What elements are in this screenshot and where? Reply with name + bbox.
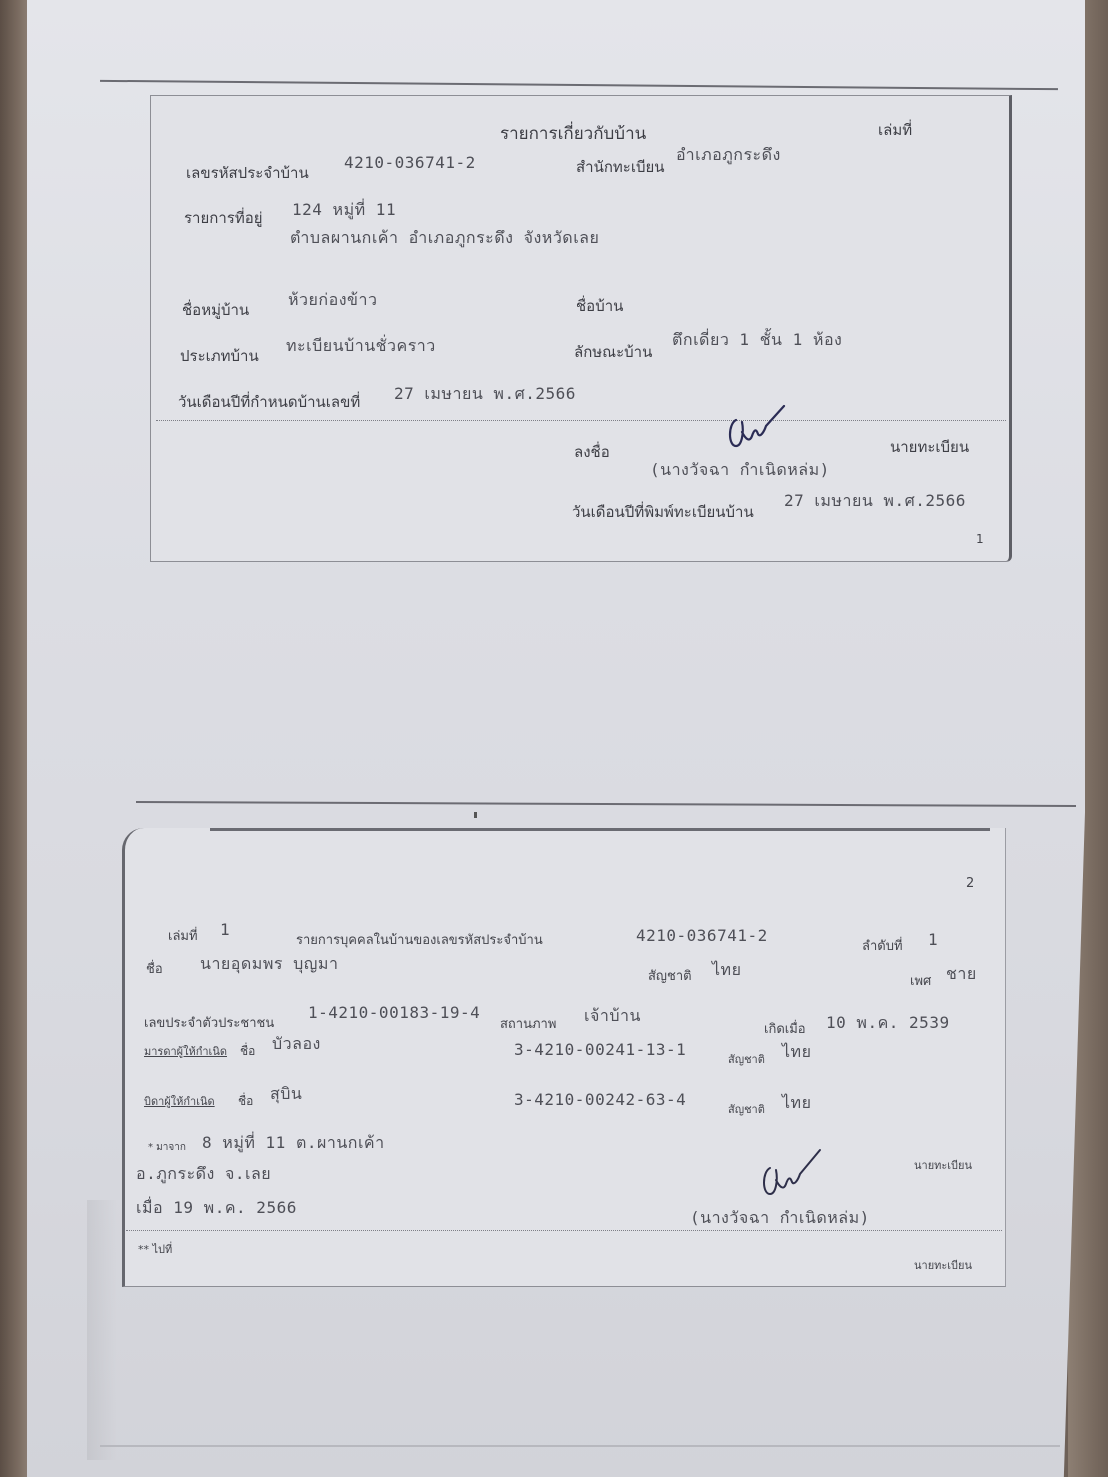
registry-office-value: อำเภอภูกระดึง: [676, 143, 781, 168]
house-type-label: ประเภทบ้าน: [180, 344, 259, 368]
id-label: เลขประจำตัวประชาชน: [144, 1012, 274, 1033]
father-nationality-value: ไทย: [782, 1091, 811, 1116]
father-label: บิดาผู้ให้กำเนิด: [144, 1092, 215, 1110]
wood-surface-left: [0, 0, 30, 1477]
mother-id-value: 3-4210-00241-13-1: [514, 1040, 686, 1059]
registrar-title-1: นายทะเบียน: [890, 435, 969, 459]
registrar-signature-2: [756, 1146, 828, 1200]
mother-label: มารดาผู้ให้กำเนิด: [144, 1042, 227, 1060]
registrar-name-1: (นางวัจฉา กำเนิดหล่ม): [650, 458, 830, 483]
address-line2: ตำบลผานกเค้า อำเภอภูกระดึง จังหวัดเลย: [290, 226, 599, 251]
village-value: ห้วยก่องข้าว: [288, 288, 377, 313]
moved-to-label: ** ไปที่: [138, 1240, 172, 1258]
person-name-label: ชื่อ: [146, 958, 163, 979]
registrar-title-3: นายทะเบียน: [914, 1256, 972, 1274]
page1-book-label: เล่มที่: [878, 118, 912, 142]
page1-dotted-divider: [156, 420, 1006, 421]
page2-house-code: 4210-036741-2: [636, 926, 768, 945]
order-label: ลำดับที่: [862, 935, 903, 956]
persons-title: รายการบุคคลในบ้านของเลขรหัสประจำบ้าน: [296, 929, 543, 950]
father-name-value: สุบิน: [270, 1082, 302, 1107]
assigned-date-label: วันเดือนปีที่กำหนดบ้านเลขที่: [178, 390, 360, 414]
moved-from-label: * มาจาก: [148, 1140, 186, 1155]
page1-title: รายการเกี่ยวกับบ้าน: [500, 120, 646, 147]
village-label: ชื่อหมู่บ้าน: [182, 298, 249, 322]
sex-label: เพศ: [910, 970, 931, 991]
father-name-label: ชื่อ: [238, 1092, 253, 1111]
sign-label: ลงชื่อ: [574, 440, 610, 464]
moved-from-line1: 8 หมู่ที่ 11 ต.ผานกเค้า: [202, 1131, 385, 1156]
moved-from-line2: อ.ภูกระดึง จ.เลย: [136, 1162, 271, 1187]
mother-nationality-label: สัญชาติ: [728, 1050, 765, 1068]
registry-office-label: สำนักทะเบียน: [576, 155, 665, 179]
house-style-label: ลักษณะบ้าน: [574, 340, 652, 364]
registrar-title-2: นายทะเบียน: [914, 1156, 972, 1174]
born-label: เกิดเมื่อ: [764, 1018, 806, 1039]
address-label: รายการที่อยู่: [184, 206, 263, 230]
paper-fold-shadow: [87, 1200, 117, 1460]
house-type-value: ทะเบียนบ้านชั่วคราว: [286, 334, 436, 359]
status-value: เจ้าบ้าน: [584, 1004, 641, 1029]
born-value: 10 พ.ค. 2539: [826, 1011, 950, 1036]
ink-mark: [474, 812, 477, 818]
status-label: สถานภาพ: [500, 1013, 556, 1034]
father-id-value: 3-4210-00242-63-4: [514, 1090, 686, 1109]
page2-dotted-divider: [126, 1230, 1002, 1231]
house-code-value: 4210-036741-2: [344, 153, 476, 172]
print-date-label: วันเดือนปีที่พิมพ์ทะเบียนบ้าน: [572, 500, 754, 524]
moved-from-date: เมื่อ 19 พ.ค. 2566: [136, 1196, 297, 1221]
page2-book-label: เล่มที่: [168, 925, 198, 946]
mother-nationality-value: ไทย: [782, 1040, 811, 1065]
registrar-name-2: (นางวัจฉา กำเนิดหล่ม): [690, 1206, 870, 1231]
print-date-value: 27 เมษายน พ.ศ.2566: [784, 489, 966, 514]
order-number: 1: [928, 930, 938, 949]
id-number-value: 1-4210-00183-19-4: [308, 1003, 480, 1022]
assigned-date-value: 27 เมษายน พ.ศ.2566: [394, 382, 576, 407]
mother-name-label: ชื่อ: [240, 1042, 255, 1061]
page1-number: 1: [976, 532, 984, 546]
nationality-label: สัญชาติ: [648, 965, 692, 986]
registrar-signature-1: [722, 402, 792, 452]
house-style-value: ตึกเดี่ยว 1 ชั้น 1 ห้อง: [672, 328, 842, 353]
sex-value: ชาย: [946, 962, 977, 987]
father-nationality-label: สัญชาติ: [728, 1100, 765, 1118]
card2-top-border: [210, 828, 990, 831]
mother-name-value: บัวลอง: [272, 1032, 321, 1057]
house-code-label: เลขรหัสประจำบ้าน: [186, 161, 309, 185]
address-line1: 124 หมู่ที่ 11: [292, 198, 396, 223]
paper-bottom-fold: [100, 1445, 1060, 1447]
page2-book-number: 1: [220, 920, 230, 939]
page2-number: 2: [966, 876, 974, 891]
person-name-value: นายอุดมพร บุญมา: [200, 952, 338, 977]
nationality-value: ไทย: [712, 958, 741, 983]
house-name-label: ชื่อบ้าน: [576, 294, 623, 318]
